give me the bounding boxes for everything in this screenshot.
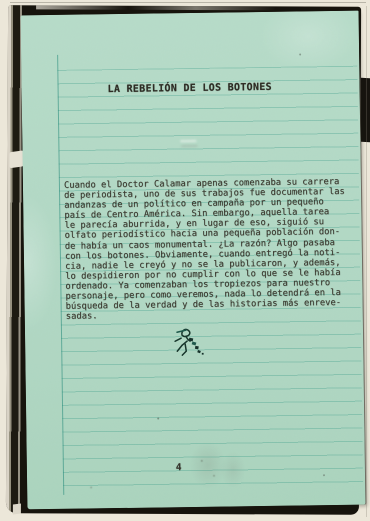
cover-right-patch <box>361 78 370 142</box>
cover-binding-notch <box>9 150 23 168</box>
cover-top-highlight <box>36 5 343 10</box>
scanned-document: LA REBELIÓN DE LOS BOTONES Cuando el Doc… <box>0 0 370 521</box>
running-figure-doodle-icon <box>169 326 209 359</box>
body-text: Cuando el Doctor Calamar apenas comenzab… <box>64 177 347 322</box>
ink-smudge <box>178 138 208 150</box>
paper-specks <box>21 15 23 17</box>
page-number: 4 <box>176 462 182 473</box>
document-title: LA REBELIÓN DE LOS BOTONES <box>108 82 272 95</box>
paper-sheet: LA REBELIÓN DE LOS BOTONES Cuando el Doc… <box>21 11 366 510</box>
